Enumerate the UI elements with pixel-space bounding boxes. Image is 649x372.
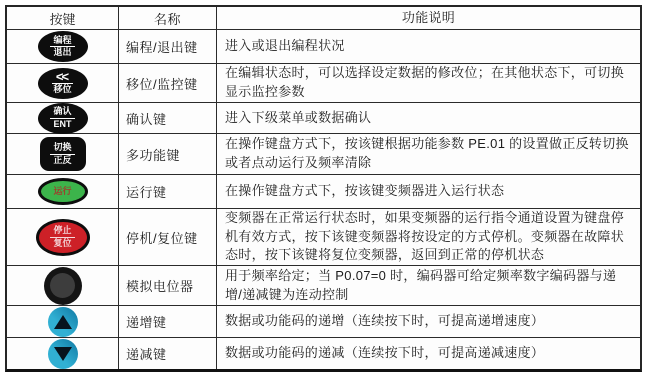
key-cell (7, 306, 119, 337)
key-name: 编程/退出键 (119, 30, 217, 63)
key-name: 递增键 (119, 306, 217, 337)
key-description: 在编辑状态时，可以选择设定数据的修改位；在其他状态下，可切换显示监控参数 (217, 64, 640, 102)
table-row: 递减键 数据或功能码的递减（连续按下时，可提高递减速度） (7, 337, 640, 369)
column-header-key: 按键 (7, 7, 119, 29)
table-row: 停止 复位 停机/复位键 变频器在正常运行状态时，如果变频器的运行指令通道设置为… (7, 208, 640, 265)
key-cell: 切换 正反 (7, 134, 119, 174)
key-label-bottom: ENT (54, 119, 72, 130)
program-exit-key-icon: 编程 退出 (38, 31, 88, 62)
key-description: 用于频率给定；当 P0.07=0 时，编码器可给定频率数字编码器与递增/递减键为… (217, 266, 640, 305)
key-label-bottom: 复位 (53, 238, 71, 249)
key-description: 变频器在正常运行状态时，如果变频器的运行指令通道设置为键盘停机有效方式，按下该键… (217, 209, 640, 265)
double-chevron-icon: << (52, 71, 73, 85)
table-row: 递增键 数据或功能码的递增（连续按下时，可提高递增速度） (7, 305, 640, 337)
knob-cap (50, 273, 75, 298)
increment-key-icon (48, 307, 78, 337)
shift-monitor-key-icon: << 移位 (38, 68, 88, 99)
key-name: 递减键 (119, 338, 217, 369)
key-cell (7, 338, 119, 369)
table-row: 切换 正反 多功能键 在操作键盘方式下，按该键根据功能参数 PE.01 的设置做… (7, 133, 640, 174)
down-arrow-icon (54, 347, 72, 361)
key-name: 停机/复位键 (119, 209, 217, 265)
key-cell: 运行 (7, 175, 119, 208)
key-description: 数据或功能码的递减（连续按下时，可提高递减速度） (217, 338, 640, 369)
table-header-row: 按键 名称 功能说明 (7, 7, 640, 29)
key-name: 运行键 (119, 175, 217, 208)
key-label-bottom: 正反 (53, 155, 71, 166)
key-name: 模拟电位器 (119, 266, 217, 305)
analog-potentiometer-knob-icon (44, 267, 82, 305)
key-cell: << 移位 (7, 64, 119, 102)
stop-reset-key-icon: 停止 复位 (36, 219, 90, 256)
table-row: 运行 运行键 在操作键盘方式下，按该键变频器进入运行状态 (7, 174, 640, 208)
key-description: 数据或功能码的递增（连续按下时，可提高递增速度） (217, 306, 640, 337)
key-description: 在操作键盘方式下，按该键根据功能参数 PE.01 的设置做正反转切换或者点动运行… (217, 134, 640, 174)
key-label-top: 切换 (50, 142, 74, 154)
key-name: 确认键 (119, 103, 217, 133)
key-cell: 停止 复位 (7, 209, 119, 265)
keypad-function-table: 按键 名称 功能说明 编程 退出 编程/退出键 进入或退出编程状况 << 移位 … (5, 5, 642, 372)
key-name: 移位/监控键 (119, 64, 217, 102)
key-name: 多功能键 (119, 134, 217, 174)
up-arrow-icon (54, 315, 72, 329)
key-label-top: 确认 (50, 106, 74, 118)
keypad-manual-page: 按键 名称 功能说明 编程 退出 编程/退出键 进入或退出编程状况 << 移位 … (0, 0, 649, 366)
key-cell: 编程 退出 (7, 30, 119, 63)
key-cell: 确认 ENT (7, 103, 119, 133)
table-row: 模拟电位器 用于频率给定；当 P0.07=0 时，编码器可给定频率数字编码器与递… (7, 265, 640, 305)
key-description: 进入下级菜单或数据确认 (217, 103, 640, 133)
key-description: 进入或退出编程状况 (217, 30, 640, 63)
key-cell (7, 266, 119, 305)
column-header-name: 名称 (119, 7, 217, 29)
key-label-bottom: 退出 (53, 47, 71, 58)
table-row: << 移位 移位/监控键 在编辑状态时，可以选择设定数据的修改位；在其他状态下，… (7, 63, 640, 102)
run-key-icon: 运行 (38, 178, 88, 205)
table-row: 编程 退出 编程/退出键 进入或退出编程状况 (7, 29, 640, 63)
column-header-desc: 功能说明 (217, 7, 640, 29)
key-label-top: 停止 (50, 225, 74, 237)
enter-key-icon: 确认 ENT (38, 103, 88, 134)
key-label-top: 编程 (50, 35, 74, 47)
table-row: 确认 ENT 确认键 进入下级菜单或数据确认 (7, 102, 640, 133)
multifunction-key-icon: 切换 正反 (40, 137, 86, 171)
key-label: 运行 (53, 186, 71, 197)
key-description: 在操作键盘方式下，按该键变频器进入运行状态 (217, 175, 640, 208)
decrement-key-icon (48, 339, 78, 369)
key-label-bottom: 移位 (53, 84, 71, 95)
